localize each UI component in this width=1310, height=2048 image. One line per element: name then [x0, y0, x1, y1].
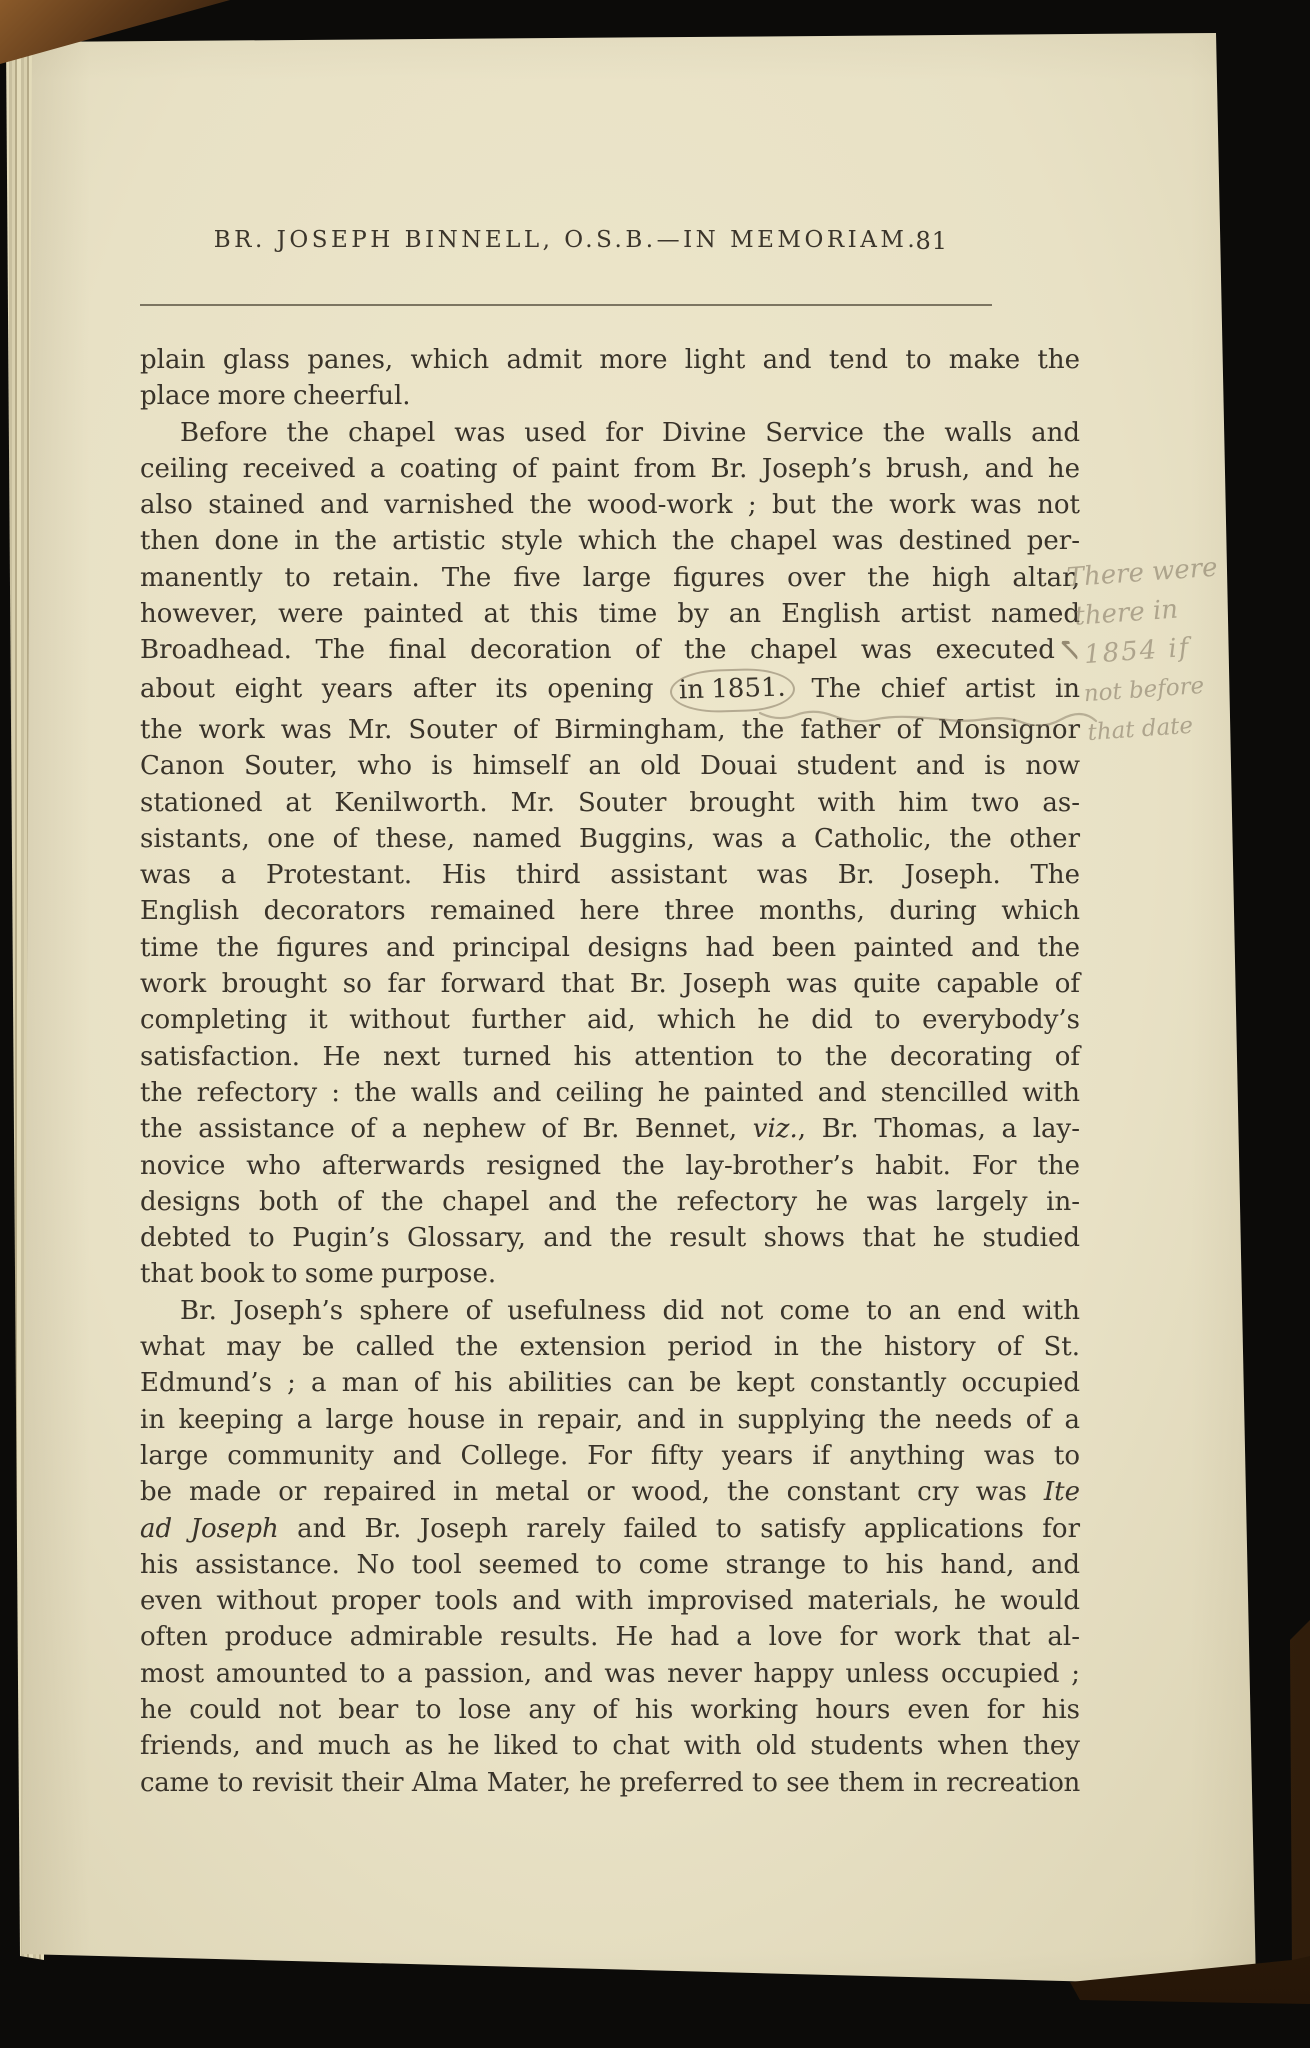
text-segment: place more cheerful. [140, 381, 411, 411]
text-segment: even without proper tools and with impro… [140, 1586, 1080, 1616]
text-line: the refectory : the walls and ceiling he… [140, 1075, 1080, 1111]
text-segment: came to revisit their Alma Mater, he pre… [140, 1768, 1080, 1798]
text-line: place more cheerful. [140, 378, 1080, 414]
text-segment: plain glass panes, which admit more ligh… [140, 345, 1080, 375]
text-line: that book to some purpose. [140, 1256, 1080, 1292]
text-segment: , Br. Thomas, a lay- [798, 1114, 1080, 1144]
text-line: most amounted to a passion, and was neve… [140, 1656, 1080, 1692]
text-line: also stained and varnished the wood-work… [140, 487, 1080, 523]
text-line: he could not bear to lose any of his wor… [140, 1692, 1080, 1728]
text-line: his assistance. No tool seemed to come s… [140, 1547, 1080, 1583]
text-line: large community and College. For fifty y… [140, 1438, 1080, 1474]
text-segment: most amounted to a passion, and was neve… [140, 1659, 1080, 1689]
page-number: 81 [915, 227, 948, 255]
page-header-title: BR. JOSEPH BINNELL, O.S.B.—IN MEMORIAM. [140, 227, 992, 253]
text-segment: what may be called the extension period … [140, 1332, 1080, 1362]
text-segment: in keeping a large house in repair, and … [140, 1405, 1080, 1435]
text-line: then done in the artistic style which th… [140, 523, 1080, 559]
text-line: Br. Joseph’s sphere of usefulness did no… [140, 1293, 1080, 1329]
text-segment: sistants, one of these, named Buggins, w… [140, 824, 1080, 854]
text-segment: Canon Souter, who is himself an old Doua… [140, 751, 1080, 781]
italic-text: ad Joseph [140, 1514, 279, 1544]
text-segment: then done in the artistic style which th… [140, 526, 1080, 556]
text-segment: time the figures and principal designs h… [140, 933, 1080, 963]
text-segment: the assistance of a nephew of Br. Bennet… [140, 1114, 753, 1144]
text-line: debted to Pugin’s Glossary, and the resu… [140, 1220, 1080, 1256]
header-rule [140, 304, 992, 306]
text-line: manently to retain. The five large figur… [140, 560, 1080, 596]
text-line: often produce admirable results. He had … [140, 1619, 1080, 1655]
text-segment: large community and College. For fifty y… [140, 1441, 1080, 1471]
text-line: novice who afterwards resigned the lay-b… [140, 1148, 1080, 1184]
text-line: Canon Souter, who is himself an old Doua… [140, 748, 1080, 784]
text-segment: Br. Joseph’s sphere of usefulness did no… [180, 1296, 1080, 1326]
text-segment: manently to retain. The five large figur… [140, 563, 1080, 593]
text-line: in keeping a large house in repair, and … [140, 1402, 1080, 1438]
text-segment: English decorators remained here three m… [140, 896, 1080, 926]
text-line: time the figures and principal designs h… [140, 930, 1080, 966]
text-segment: designs both of the chapel and the refec… [140, 1187, 1080, 1217]
photo-backdrop: BR. JOSEPH BINNELL, O.S.B.—IN MEMORIAM. … [0, 0, 1310, 2048]
text-segment: about eight years after its opening [140, 674, 673, 704]
text-segment: completing it without further aid, which… [140, 1005, 1080, 1035]
text-line: Before the chapel was used for Divine Se… [140, 415, 1080, 451]
text-line: stationed at Kenilworth. Mr. Souter brou… [140, 785, 1080, 821]
text-line: even without proper tools and with impro… [140, 1583, 1080, 1619]
text-segment: often produce admirable results. He had … [140, 1622, 1080, 1652]
text-line: friends, and much as he liked to chat wi… [140, 1728, 1080, 1764]
text-line: was a Protestant. His third assistant wa… [140, 857, 1080, 893]
text-segment: Edmund’s ; a man of his abilities can be… [140, 1368, 1080, 1398]
text-segment: ceiling received a coating of paint from… [140, 454, 1080, 484]
body-text: plain glass panes, which admit more ligh… [140, 342, 1080, 1801]
pencil-underline-squiggle [758, 700, 1098, 726]
text-line: completing it without further aid, which… [140, 1002, 1080, 1038]
text-segment: his assistance. No tool seemed to come s… [140, 1550, 1080, 1580]
text-segment: satisfaction. He next turned his attenti… [140, 1042, 1080, 1072]
text-line: what may be called the extension period … [140, 1329, 1080, 1365]
text-line: however, were painted at this time by an… [140, 596, 1080, 632]
text-segment: work brought so far forward that Br. Jos… [140, 969, 1080, 999]
pencil-caret-mark: ✓ [1064, 637, 1071, 661]
text-line: designs both of the chapel and the refec… [140, 1184, 1080, 1220]
text-segment: that book to some purpose. [140, 1259, 496, 1289]
text-segment: be made or repaired in metal or wood, th… [140, 1477, 1044, 1507]
text-segment: Broadhead. The final decoration of the c… [140, 635, 1055, 665]
text-line: ceiling received a coating of paint from… [140, 451, 1080, 487]
text-line: Broadhead. The final decoration of the c… [140, 632, 1080, 668]
text-line: plain glass panes, which admit more ligh… [140, 342, 1080, 378]
text-segment: however, were painted at this time by an… [140, 599, 1080, 629]
text-segment: he could not bear to lose any of his wor… [140, 1695, 1080, 1725]
text-segment: was a Protestant. His third assistant wa… [140, 860, 1080, 890]
text-line: satisfaction. He next turned his attenti… [140, 1039, 1080, 1075]
text-segment: friends, and much as he liked to chat wi… [140, 1731, 1080, 1761]
italic-text: Ite [1044, 1477, 1080, 1507]
page-header: BR. JOSEPH BINNELL, O.S.B.—IN MEMORIAM. … [140, 227, 992, 253]
text-segment: and Br. Joseph rarely failed to satisfy … [279, 1514, 1080, 1544]
text-line: the assistance of a nephew of Br. Bennet… [140, 1111, 1080, 1147]
text-line: sistants, one of these, named Buggins, w… [140, 821, 1080, 857]
text-line: ad Joseph and Br. Joseph rarely failed t… [140, 1511, 1080, 1547]
text-segment: also stained and varnished the wood-work… [140, 490, 1080, 520]
text-segment: Before the chapel was used for Divine Se… [180, 418, 1080, 448]
text-segment: debted to Pugin’s Glossary, and the resu… [140, 1223, 1080, 1253]
text-segment: stationed at Kenilworth. Mr. Souter brou… [140, 788, 1080, 818]
text-line: English decorators remained here three m… [140, 893, 1080, 929]
italic-text: viz. [753, 1114, 798, 1144]
text-line: be made or repaired in metal or wood, th… [140, 1474, 1080, 1510]
text-line: came to revisit their Alma Mater, he pre… [140, 1765, 1080, 1801]
text-line: work brought so far forward that Br. Jos… [140, 966, 1080, 1002]
text-segment: novice who afterwards resigned the lay-b… [140, 1151, 1080, 1181]
text-line: Edmund’s ; a man of his abilities can be… [140, 1365, 1080, 1401]
text-segment: the refectory : the walls and ceiling he… [140, 1078, 1080, 1108]
